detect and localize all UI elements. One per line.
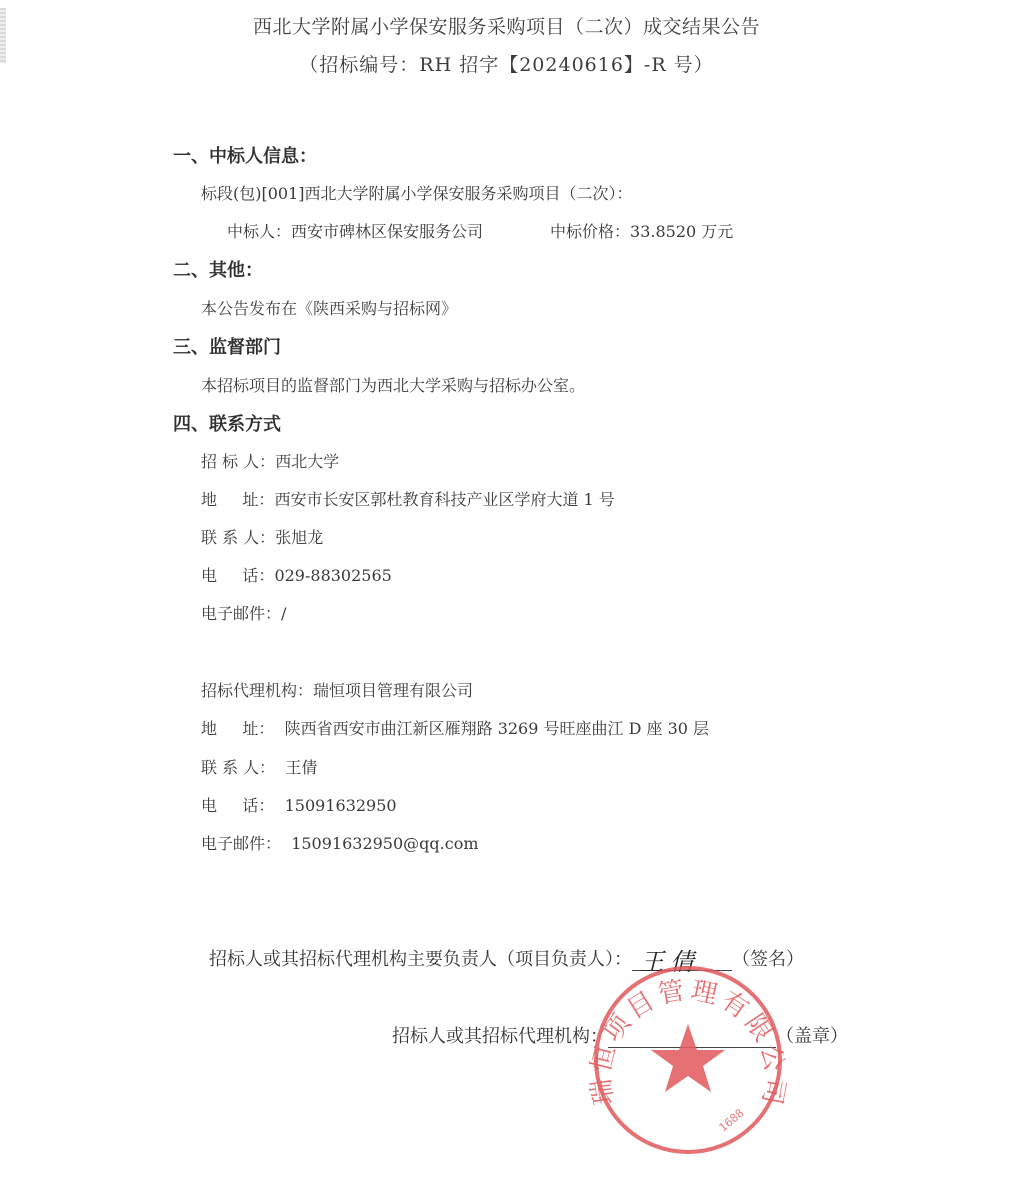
field-label: 电子邮件： [201,831,291,854]
company-seal-stamp: 瑞恒项目管理有限公司 1688 [588,962,788,1158]
field-value: 张旭龙 [275,528,323,547]
stamp-label: 招标人或其招标代理机构： [392,1026,608,1047]
field-label: 地 址： [201,716,285,739]
field-label: 招标代理机构： [201,678,313,701]
price-line: 中标价格：33.8520 万元 [550,219,733,242]
price-label: 中标价格： [550,222,630,241]
signature-label: 招标人或其招标代理机构主要负责人（项目负责人）： [209,949,632,970]
agency-phone-row: 电 话： 15091632950 [201,793,397,816]
publication-note: 本公告发布在《陕西采购与招标网》 [201,296,457,319]
handwritten-signature: 王倩 [640,942,700,977]
agency-email-row: 电子邮件： 15091632950@qq.com [201,831,479,854]
supervision-text: 本招标项目的监督部门为西北大学采购与招标办公室。 [201,373,585,396]
section-heading-contact: 四、联系方式 [173,410,281,436]
tenderer-contact-row: 联 系 人：张旭龙 [201,525,323,548]
document-title: 西北大学附属小学保安服务采购项目（二次）成交结果公告 [0,12,1013,39]
field-value: 15091632950 [285,796,397,815]
section-heading-winner-info: 一、中标人信息： [173,142,317,168]
field-value: 029-88302565 [274,566,391,585]
field-label: 电子邮件： [201,601,281,624]
seal-number: 1688 [717,1106,747,1134]
section-heading-other: 二、其他： [173,256,263,282]
field-label: 招 标 人： [201,449,275,472]
tenderer-email-row: 电子邮件：/ [201,601,286,624]
field-label: 电 话： [201,563,274,586]
section-heading-supervision: 三、监督部门 [173,333,281,359]
winner-name: 西安市碑林区保安服务公司 [291,222,483,241]
lot-description: 标段(包)[001]西北大学附属小学保安服务采购项目（二次）： [201,181,633,204]
price-value: 33.8520 万元 [630,222,733,241]
agency-row: 招标代理机构：瑞恒项目管理有限公司 [201,678,473,701]
winner-line: 中标人：西安市碑林区保安服务公司 [227,219,483,242]
agency-address-row: 地 址： 陕西省西安市曲江新区雁翔路 3269 号旺座曲江 D 座 30 层 [201,716,709,739]
stamp-line: 招标人或其招标代理机构：（盖章） [392,1022,848,1048]
field-value: 陕西省西安市曲江新区雁翔路 3269 号旺座曲江 D 座 30 层 [285,719,709,738]
tenderer-phone-row: 电 话：029-88302565 [201,563,392,586]
field-value: 西安市长安区郭杜教育科技产业区学府大道 1 号 [274,490,614,509]
field-label: 地 址： [201,487,274,510]
tenderer-row: 招 标 人：西北大学 [201,449,339,472]
signature-line: 招标人或其招标代理机构主要负责人（项目负责人）：王倩（签名） [209,945,804,971]
field-value: 瑞恒项目管理有限公司 [313,681,473,700]
field-value: 15091632950@qq.com [291,834,478,853]
winner-label: 中标人： [227,222,291,241]
signature-suffix: （签名） [732,949,804,970]
tender-number: （招标编号：RH 招字【20240616】-R 号） [0,50,1013,77]
tenderer-address-row: 地 址：西安市长安区郭杜教育科技产业区学府大道 1 号 [201,487,615,510]
field-value: 西北大学 [275,452,339,471]
stamp-field [608,1025,776,1048]
agency-contact-row: 联 系 人： 王倩 [201,755,317,778]
field-label: 电 话： [201,793,285,816]
stamp-suffix: （盖章） [776,1026,848,1047]
field-label: 联 系 人： [201,755,285,778]
field-label: 联 系 人： [201,525,275,548]
field-value: 王倩 [285,758,317,777]
field-value: / [281,604,286,623]
signature-field: 王倩 [632,948,732,971]
